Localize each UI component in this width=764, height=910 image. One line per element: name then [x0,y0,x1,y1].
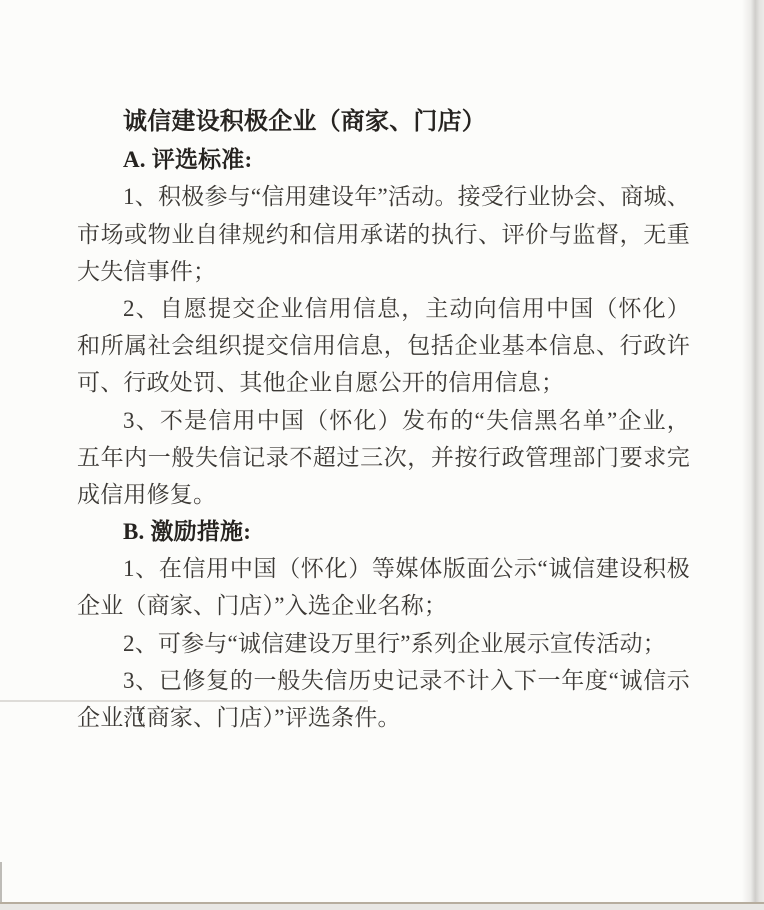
section-b-heading: B. 激励措施: [77,513,690,550]
doc-line: 2、可参与“诚信建设万里行”系列企业展示宣传活动； [77,625,690,662]
doc-line: 成信用修复。 [77,476,690,513]
scan-edge-band-bottom [0,904,764,910]
doc-line: 2、自愿提交企业信用信息，主动向信用中国（怀化） [77,290,690,327]
scanned-document-page: 诚信建设积极企业（商家、门店） A. 评选标准: 1、积极参与“信用建设年”活动… [0,0,764,910]
scan-artifact-line [0,700,368,702]
doc-line: 企业（商家、门店）”评选条件。 [77,699,690,736]
doc-line: 1、积极参与“信用建设年”活动。接受行业协会、商城、 [77,178,690,215]
doc-line: 3、不是信用中国（怀化）发布的“失信黑名单”企业， [77,402,690,439]
doc-line: 大失信事件； [77,253,690,290]
doc-line: 3、已修复的一般失信历史记录不计入下一年度“诚信示范 [77,662,690,699]
doc-line: 可、行政处罚、其他企业自愿公开的信用信息； [77,364,690,401]
text-block: 诚信建设积极企业（商家、门店） A. 评选标准: 1、积极参与“信用建设年”活动… [77,104,690,736]
page-title: 诚信建设积极企业（商家、门店） [77,104,690,141]
doc-line: 1、在信用中国（怀化）等媒体版面公示“诚信建设积极 [77,550,690,587]
doc-line: 和所属社会组织提交信用信息，包括企业基本信息、行政许 [77,327,690,364]
doc-line: 企业（商家、门店）”入选企业名称； [77,587,690,624]
doc-line: 市场或物业自律规约和信用承诺的执行、评价与监督，无重 [77,216,690,253]
scan-mark-left-edge [0,862,2,904]
scan-edge-shadow-right [742,0,764,910]
section-a-heading: A. 评选标准: [77,141,690,178]
doc-line: 五年内一般失信记录不超过三次，并按行政管理部门要求完 [77,439,690,476]
